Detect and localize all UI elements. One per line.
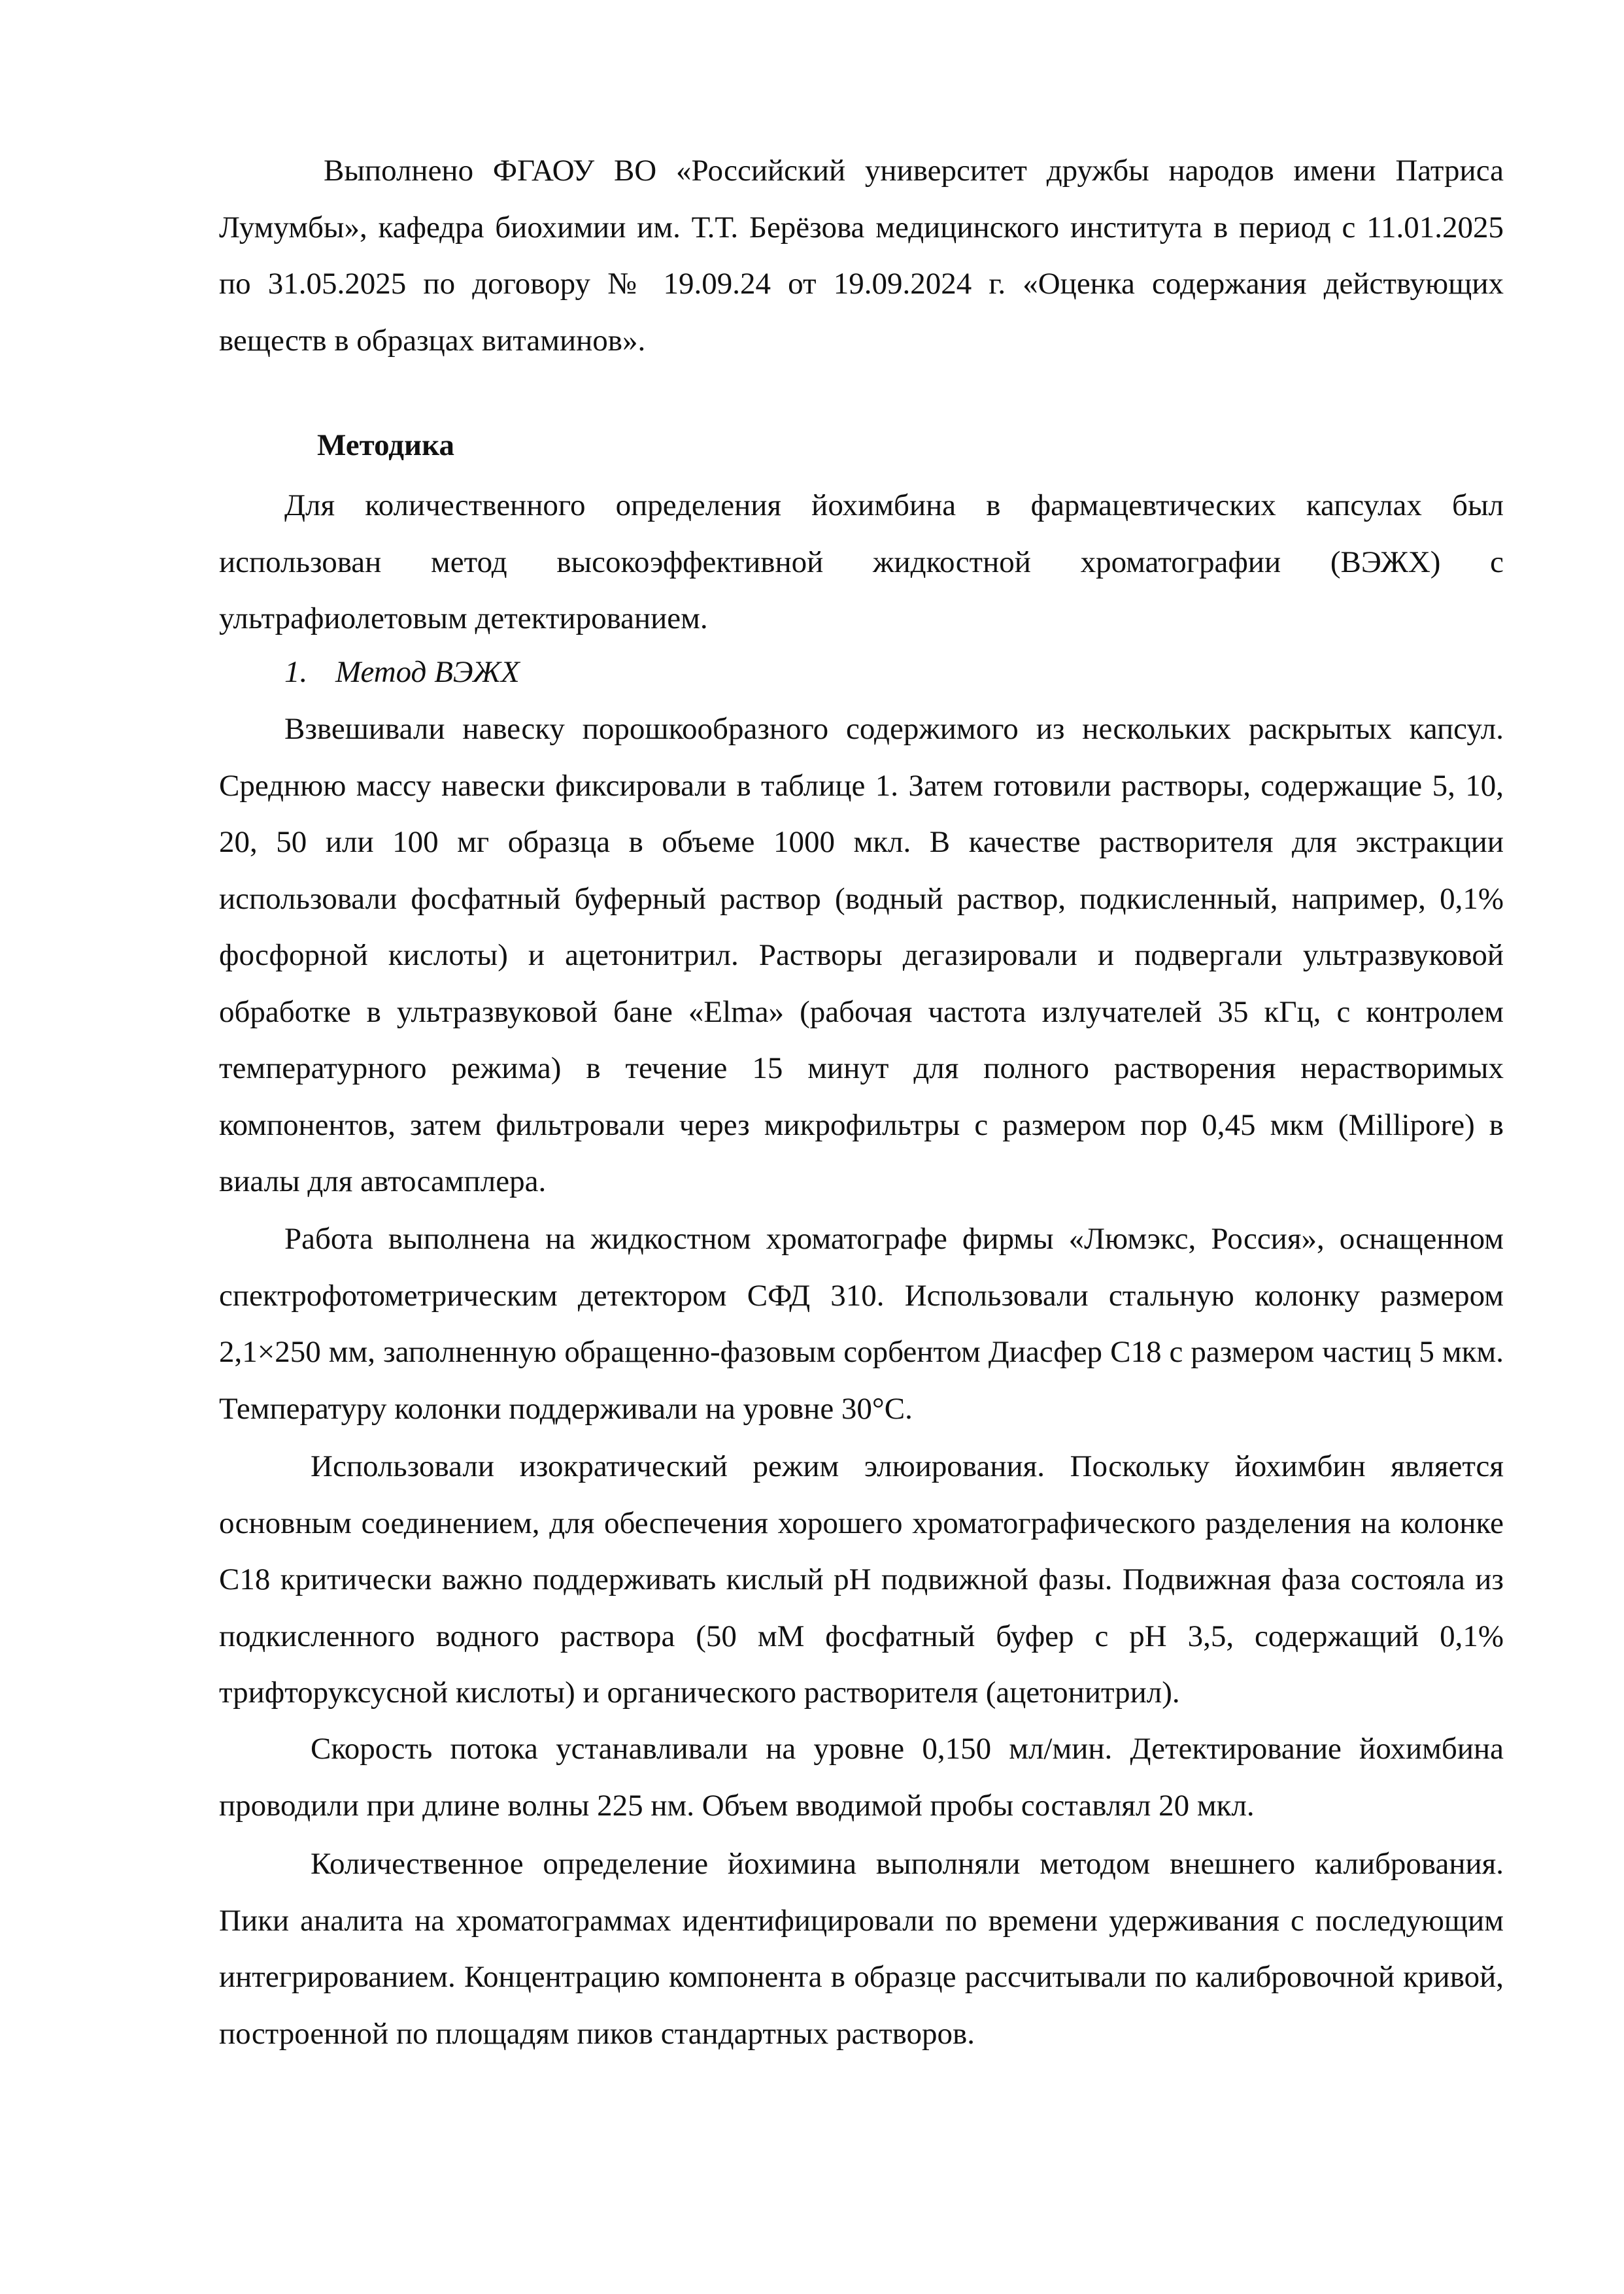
subsection-heading: 1.Метод ВЭЖХ [219, 644, 520, 701]
elution-paragraph: Использовали изократический режим элюиро… [219, 1438, 1504, 1721]
section-title: Методика [219, 417, 454, 474]
subsection-title: Метод ВЭЖХ [335, 655, 520, 689]
equipment-paragraph: Работа выполнена на жидкостном хроматогр… [219, 1211, 1504, 1437]
sample-prep-paragraph: Взвешивали навеску порошкообразного соде… [219, 701, 1504, 1210]
subsection-number: 1. [284, 644, 335, 701]
flow-rate-paragraph: Скорость потока устанавливали на уровне … [219, 1721, 1504, 1834]
quantification-paragraph: Количественное определение йохимина выпо… [219, 1836, 1504, 2062]
intro-paragraph: Выполнено ФГАОУ ВО «Российский университ… [219, 143, 1504, 369]
method-intro-paragraph: Для количественного определения йохимбин… [219, 477, 1504, 647]
